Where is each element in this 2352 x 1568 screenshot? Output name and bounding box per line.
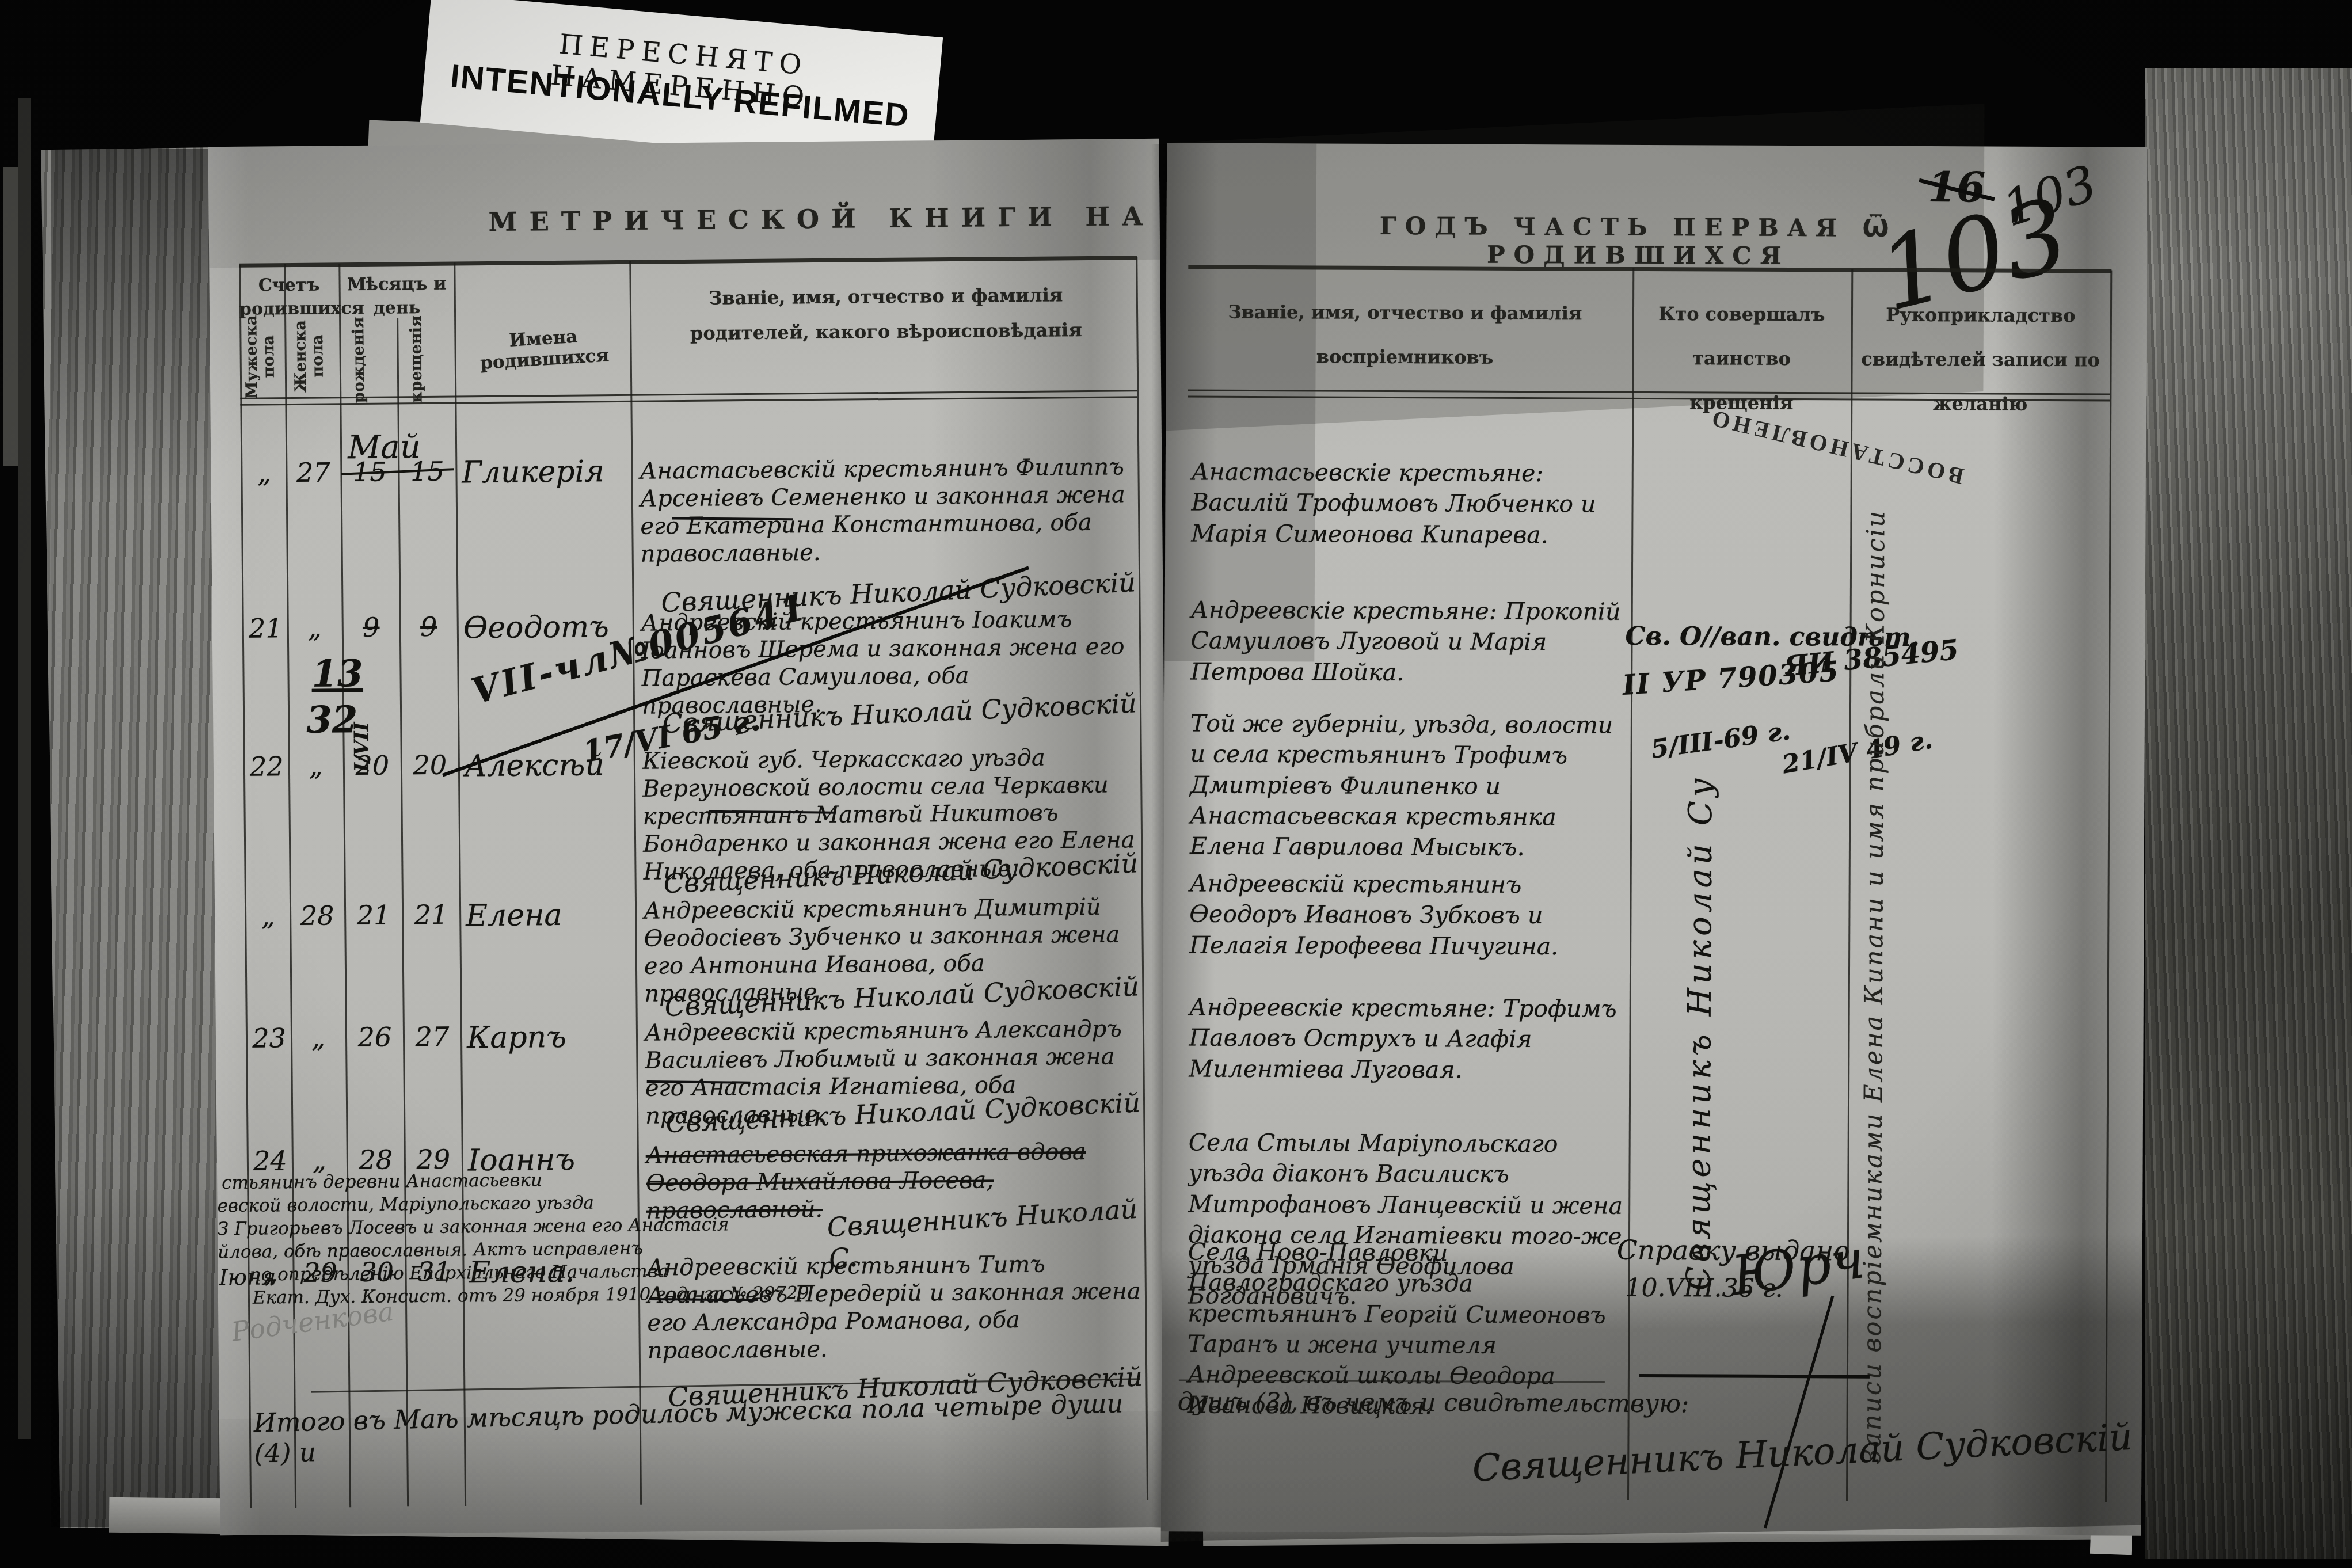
born-day: 21 xyxy=(346,899,401,931)
sponsor-row: Той же губерніи, уѣзда, волости и села к… xyxy=(1164,708,1631,710)
sponsor-row: Андреевскіе крестьяне: Трофимъ Павловъ О… xyxy=(1163,992,1630,994)
col-line xyxy=(1627,268,1634,1500)
count-male-value: 23 xyxy=(248,1022,291,1054)
sponsors-text: Анастасьевскіе крестьяне: Василій Трофим… xyxy=(1191,456,1626,550)
count-male-value: 22 xyxy=(245,751,288,782)
header-parents: Званіе, имя, отчество и фамилія родителе… xyxy=(647,277,1125,351)
child-name: Елена xyxy=(466,897,639,934)
header-date-baptized: крещенія xyxy=(407,312,444,408)
baptized-day: 31 xyxy=(406,1255,462,1287)
count-female-value: 29 xyxy=(294,1257,347,1288)
count-male-value: „ xyxy=(242,457,286,489)
count-female-value: 27 xyxy=(287,456,340,488)
header-names: Имена родившихся xyxy=(458,323,630,375)
baptized-day: 20 xyxy=(402,749,458,781)
microfilm-scan: ПЕРЕСНЯТО НАМЕРЕННО INTENTIONALLY REFILM… xyxy=(0,0,2352,1568)
page-stack-left-edge xyxy=(41,147,233,1528)
texture-tape-left xyxy=(1164,143,1316,661)
count-female-value: „ xyxy=(290,750,342,782)
header-count-male: Мужеска пола xyxy=(243,307,281,406)
sponsors-text: Андреевскіе крестьяне: Прокопій Самуилов… xyxy=(1190,595,1626,688)
sponsors-text: Той же губерніи, уѣзда, волости и села к… xyxy=(1190,708,1625,863)
born-day: 20 xyxy=(345,749,400,781)
parents-text: Анастасьевскій крестьянинъ Филиппъ Арсен… xyxy=(640,453,1136,568)
annotation-13: 13 xyxy=(311,652,363,696)
count-female-value: „ xyxy=(288,612,341,644)
sponsor-row: Анастасьевскіе крестьяне: Василій Трофим… xyxy=(1166,456,1632,459)
header-witness-signatures: Рукоприкладство свидѣтелей записи по жел… xyxy=(1856,293,2104,427)
header-officiant: Кто совершалъ таинство крещенія xyxy=(1643,292,1840,425)
correction-line: стьянинъ деревни Анастасьевки xyxy=(222,1170,542,1193)
sponsor-row: Села Стылы Маріупольскаго уѣзда діаконъ … xyxy=(1163,1127,1629,1129)
correction-line: З Григорьевъ Лосевъ и законная жена его … xyxy=(218,1214,729,1239)
header-date-born: рожденія xyxy=(349,313,387,408)
register-right-page: ГОДЪ ЧАСТЬ ПЕРВАЯ Ѿ РОДИВШИХСЯ 16 103 10… xyxy=(1161,143,2148,1535)
board-sliver-left-2 xyxy=(18,98,31,1439)
baptized-day: 15 xyxy=(399,456,455,488)
table-top-border xyxy=(239,256,1137,268)
correction-line: евской волости, Маріупольскаго уѣзда xyxy=(217,1192,594,1216)
col-line xyxy=(454,263,466,1506)
vertical-margin-note: Записи воспріемниками Елена Кипани и имя… xyxy=(1858,417,1891,1464)
register-row: 24 „ 28 29 Іоаннъ Анастасьевская прихожа… xyxy=(217,1137,1167,1145)
count-female-value: „ xyxy=(292,1022,345,1053)
parents-text: Андреевскій крестьянинъ Титъ Аѳанасьевъ … xyxy=(646,1250,1143,1364)
born-day: 30 xyxy=(349,1256,404,1288)
sponsor-row: Андреевскіе крестьяне: Прокопій Самуилов… xyxy=(1165,595,1631,597)
baptized-day: 27 xyxy=(405,1021,460,1052)
count-male-value: 21 xyxy=(244,612,287,644)
page-number-small: 103 xyxy=(1996,154,2104,238)
born-day: 26 xyxy=(347,1021,402,1053)
count-female-value: 28 xyxy=(291,900,344,931)
count-male-value: „ xyxy=(246,900,290,932)
right-page-title: ГОДЪ ЧАСТЬ ПЕРВАЯ Ѿ РОДИВШИХСЯ xyxy=(1316,211,1961,271)
monthly-summary-continuation: душъ (3), въ чемъ и свидѣтельствую: xyxy=(1178,1387,1696,1418)
born-day: 9 xyxy=(344,611,399,643)
left-page-title: МЕТРИЧЕСКОЙ КНИГИ НА xyxy=(456,200,1187,237)
child-name: Гликерія xyxy=(462,454,635,490)
wood-board-right xyxy=(2145,68,2352,1559)
sponsors-text: Андреевскіе крестьяне: Трофимъ Павловъ О… xyxy=(1189,992,1624,1086)
board-sliver-left-1 xyxy=(3,167,18,466)
baptized-day: 21 xyxy=(404,899,459,931)
child-name: Карпъ xyxy=(467,1019,640,1056)
signature-flourish-stroke xyxy=(1764,1296,1834,1529)
annotation-date-1: 5/ІІІ-69 г. xyxy=(1649,716,1792,764)
sponsors-text: Андреевскій крестьянинъ Ѳеодоръ Ивановъ … xyxy=(1189,868,1624,962)
child-name: Елена. xyxy=(469,1254,642,1291)
annotation-date-2: 21/ІV 49 г. xyxy=(1780,725,1935,780)
monthly-summary: Итого въ Маѣ мѣсяцѣ родилось мужеска пол… xyxy=(253,1387,1152,1468)
child-name: Алексѣй xyxy=(465,748,638,784)
baptized-day: 9 xyxy=(401,611,456,643)
summary-rule-dark xyxy=(1639,1374,1870,1379)
born-day: 15 xyxy=(342,456,397,488)
final-priest-signature: Священникъ Николай Судковскій xyxy=(1471,1420,2048,1490)
col-line xyxy=(629,261,642,1505)
sponsor-row: Андреевскій крестьянинъ Ѳеодоръ Ивановъ … xyxy=(1164,868,1630,870)
header-count-female: Женска пола xyxy=(292,307,330,405)
vertical-priest-signature: Священникъ Николай Су xyxy=(1680,542,1721,1291)
header-sponsors: Званіе, имя, отчество и фамилія воспріем… xyxy=(1206,290,1604,380)
col-line xyxy=(2105,270,2112,1502)
register-left-page: МЕТРИЧЕСКОЙ КНИГИ НА 1882 г. Счетъ родив… xyxy=(208,139,1171,1535)
month-margin-note: Іюня xyxy=(219,1264,276,1290)
